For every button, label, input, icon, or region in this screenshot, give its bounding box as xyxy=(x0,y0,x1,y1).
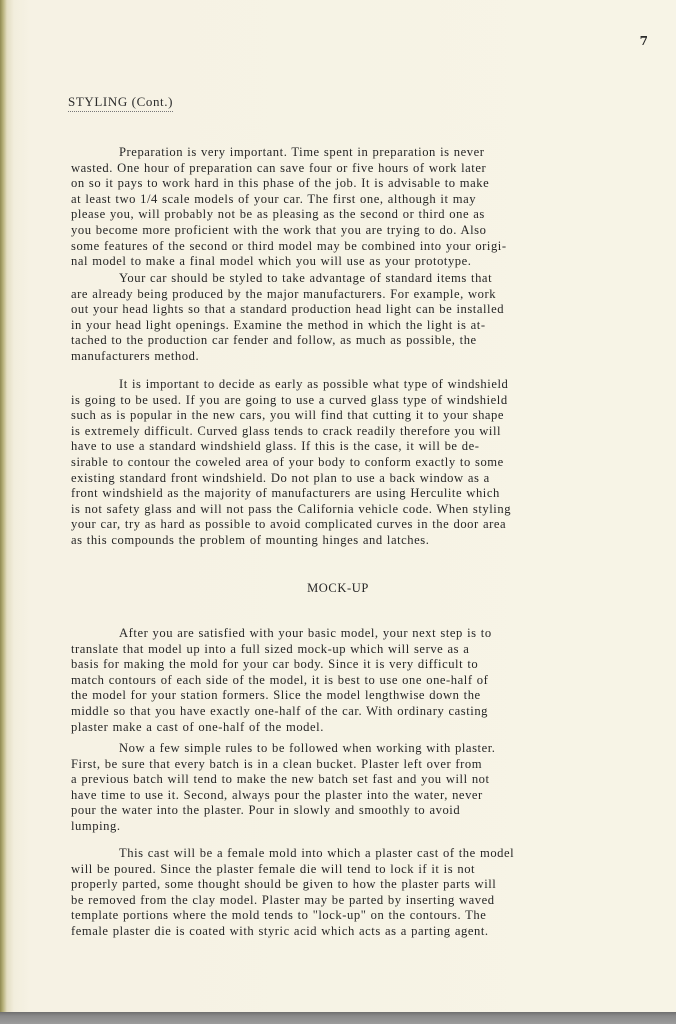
text-line: This cast will be a female mold into whi… xyxy=(71,846,631,862)
text-line: in your head light openings. Examine the… xyxy=(71,318,631,334)
text-line: match contours of each side of the model… xyxy=(71,673,631,689)
text-line: is extremely difficult. Curved glass ten… xyxy=(71,424,631,440)
text-line: is going to be used. If you are going to… xyxy=(71,393,631,409)
paragraph-preparation: Preparation is very important. Time spen… xyxy=(71,145,631,270)
paragraph-windshield: It is important to decide as early as po… xyxy=(71,377,631,549)
text-line: tached to the production car fender and … xyxy=(71,333,631,349)
text-line: It is important to decide as early as po… xyxy=(71,377,631,393)
paragraph-plaster-rules: Now a few simple rules to be followed wh… xyxy=(71,741,631,835)
text-line: a previous batch will tend to make the n… xyxy=(71,772,631,788)
text-line: will be poured. Since the plaster female… xyxy=(71,862,631,878)
text-line: the model for your station formers. Slic… xyxy=(71,688,631,704)
text-line: middle so that you have exactly one-half… xyxy=(71,704,631,720)
text-line: on so it pays to work hard in this phase… xyxy=(71,176,631,192)
text-line: your car, try as hard as possible to avo… xyxy=(71,517,631,533)
text-line: plaster make a cast of one-half of the m… xyxy=(71,720,631,736)
paragraph-female-mold: This cast will be a female mold into whi… xyxy=(71,846,631,940)
text-line: have to use a standard windshield glass.… xyxy=(71,439,631,455)
text-line: female plaster die is coated with styric… xyxy=(71,924,631,940)
paragraph-standard-items: Your car should be styled to take advant… xyxy=(71,271,631,365)
text-line: you become more proficient with the work… xyxy=(71,223,631,239)
text-line: is not safety glass and will not pass th… xyxy=(71,502,631,518)
text-line: properly parted, some thought should be … xyxy=(71,877,631,893)
text-line: Your car should be styled to take advant… xyxy=(71,271,631,287)
text-line: be removed from the clay model. Plaster … xyxy=(71,893,631,909)
text-line: as this compounds the problem of mountin… xyxy=(71,533,631,549)
document-page: 7 STYLING (Cont.) Preparation is very im… xyxy=(0,0,676,1014)
text-line: lumping. xyxy=(71,819,631,835)
text-line: existing standard front windshield. Do n… xyxy=(71,471,631,487)
text-line: nal model to make a final model which yo… xyxy=(71,254,631,270)
page-number: 7 xyxy=(628,34,648,48)
section-heading: STYLING (Cont.) xyxy=(68,94,173,112)
text-line: First, be sure that every batch is in a … xyxy=(71,757,631,773)
text-line: please you, will probably not be as plea… xyxy=(71,207,631,223)
text-line: basis for making the mold for your car b… xyxy=(71,657,631,673)
text-line: are already being produced by the major … xyxy=(71,287,631,303)
text-line: pour the water into the plaster. Pour in… xyxy=(71,803,631,819)
text-line: manufacturers method. xyxy=(71,349,631,365)
text-line: have time to use it. Second, always pour… xyxy=(71,788,631,804)
mockup-heading: MOCK-UP xyxy=(0,581,676,596)
text-line: translate that model up into a full size… xyxy=(71,642,631,658)
text-line: After you are satisfied with your basic … xyxy=(71,626,631,642)
text-line: Preparation is very important. Time spen… xyxy=(71,145,631,161)
text-line: front windshield as the majority of manu… xyxy=(71,486,631,502)
paragraph-mockup-intro: After you are satisfied with your basic … xyxy=(71,626,631,735)
text-line: such as is popular in the new cars, you … xyxy=(71,408,631,424)
text-line: wasted. One hour of preparation can save… xyxy=(71,161,631,177)
text-line: Now a few simple rules to be followed wh… xyxy=(71,741,631,757)
text-line: some features of the second or third mod… xyxy=(71,239,631,255)
text-line: at least two 1/4 scale models of your ca… xyxy=(71,192,631,208)
page-bottom-edge xyxy=(0,1012,676,1024)
text-line: sirable to contour the coweled area of y… xyxy=(71,455,631,471)
text-line: template portions where the mold tends t… xyxy=(71,908,631,924)
text-line: out your head lights so that a standard … xyxy=(71,302,631,318)
